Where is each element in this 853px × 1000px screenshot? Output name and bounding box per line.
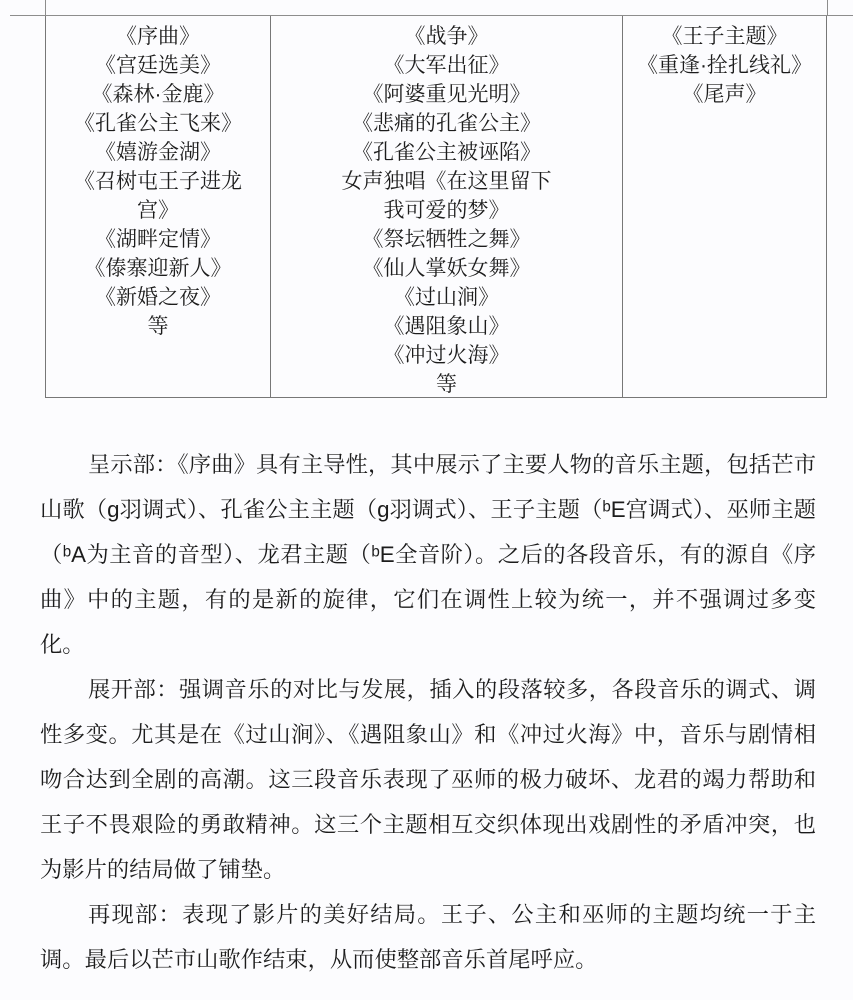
table-cell-line: 《嬉游金湖》	[50, 138, 266, 167]
document-page: 《序曲》《宫廷选美》《森林·金鹿》《孔雀公主飞来》《嬉游金湖》《召树屯王子进龙宫…	[0, 0, 853, 1000]
table-cell-line: 《祭坛牺牲之舞》	[275, 225, 618, 254]
table-cell-line: 我可爱的梦》	[275, 196, 618, 225]
table-cell-line: 《冲过火海》	[275, 341, 618, 370]
table-cell-line: 《遇阻象山》	[275, 312, 618, 341]
table-cell-line: 《尾声》	[627, 80, 822, 109]
table-cell-line: 《仙人掌妖女舞》	[275, 254, 618, 283]
table-column-recapitulation: 《王子主题》《重逢·拴扎线礼》《尾声》	[623, 16, 826, 397]
table-cell-line: 《召树屯王子进龙	[50, 167, 266, 196]
table-cell-line: 《王子主题》	[627, 22, 822, 51]
column-stub-left	[45, 0, 47, 15]
table-cell-line: 《森林·金鹿》	[50, 80, 266, 109]
table-cell-line: 《重逢·拴扎线礼》	[627, 51, 822, 80]
table-cell-line: 《孔雀公主被诬陷》	[275, 138, 618, 167]
table-column-exposition: 《序曲》《宫廷选美》《森林·金鹿》《孔雀公主飞来》《嬉游金湖》《召树屯王子进龙宫…	[46, 16, 271, 397]
table-cell-line: 宫》	[50, 196, 266, 225]
table-column-development: 《战争》《大军出征》《阿婆重见光明》《悲痛的孔雀公主》《孔雀公主被诬陷》女声独唱…	[271, 16, 623, 397]
column-stub-right	[827, 0, 829, 15]
table-cell-line: 《宫廷选美》	[50, 51, 266, 80]
repertoire-table: 《序曲》《宫廷选美》《森林·金鹿》《孔雀公主飞来》《嬉游金湖》《召树屯王子进龙宫…	[45, 16, 827, 398]
table-cell-line: 《傣寨迎新人》	[50, 254, 266, 283]
table-cell-line: 《新婚之夜》	[50, 283, 266, 312]
table-cell-line: 等	[50, 312, 266, 341]
paragraph-development: 展开部：强调音乐的对比与发展，插入的段落较多，各段音乐的调式、调性多变。尤其是在…	[40, 667, 816, 892]
table-cell-line: 《悲痛的孔雀公主》	[275, 109, 618, 138]
table-cell-line: 《战争》	[275, 22, 618, 51]
paragraph-recapitulation: 再现部：表现了影片的美好结局。王子、公主和巫师的主题均统一于主调。最后以芒市山歌…	[40, 892, 816, 982]
table-cell-line: 《过山涧》	[275, 283, 618, 312]
table-cell-line: 《孔雀公主飞来》	[50, 109, 266, 138]
table-cell-line: 女声独唱《在这里留下	[275, 167, 618, 196]
table-cell-line: 《湖畔定情》	[50, 225, 266, 254]
table-cell-line: 《序曲》	[50, 22, 266, 51]
paragraph-exposition: 呈示部：《序曲》具有主导性，其中展示了主要人物的音乐主题，包括芒市山歌（g羽调式…	[40, 442, 816, 667]
table-cell-line: 等	[275, 370, 618, 397]
table-cell-line: 《大军出征》	[275, 51, 618, 80]
table-cell-line: 《阿婆重见光明》	[275, 80, 618, 109]
analysis-text: 呈示部：《序曲》具有主导性，其中展示了主要人物的音乐主题，包括芒市山歌（g羽调式…	[40, 442, 816, 982]
